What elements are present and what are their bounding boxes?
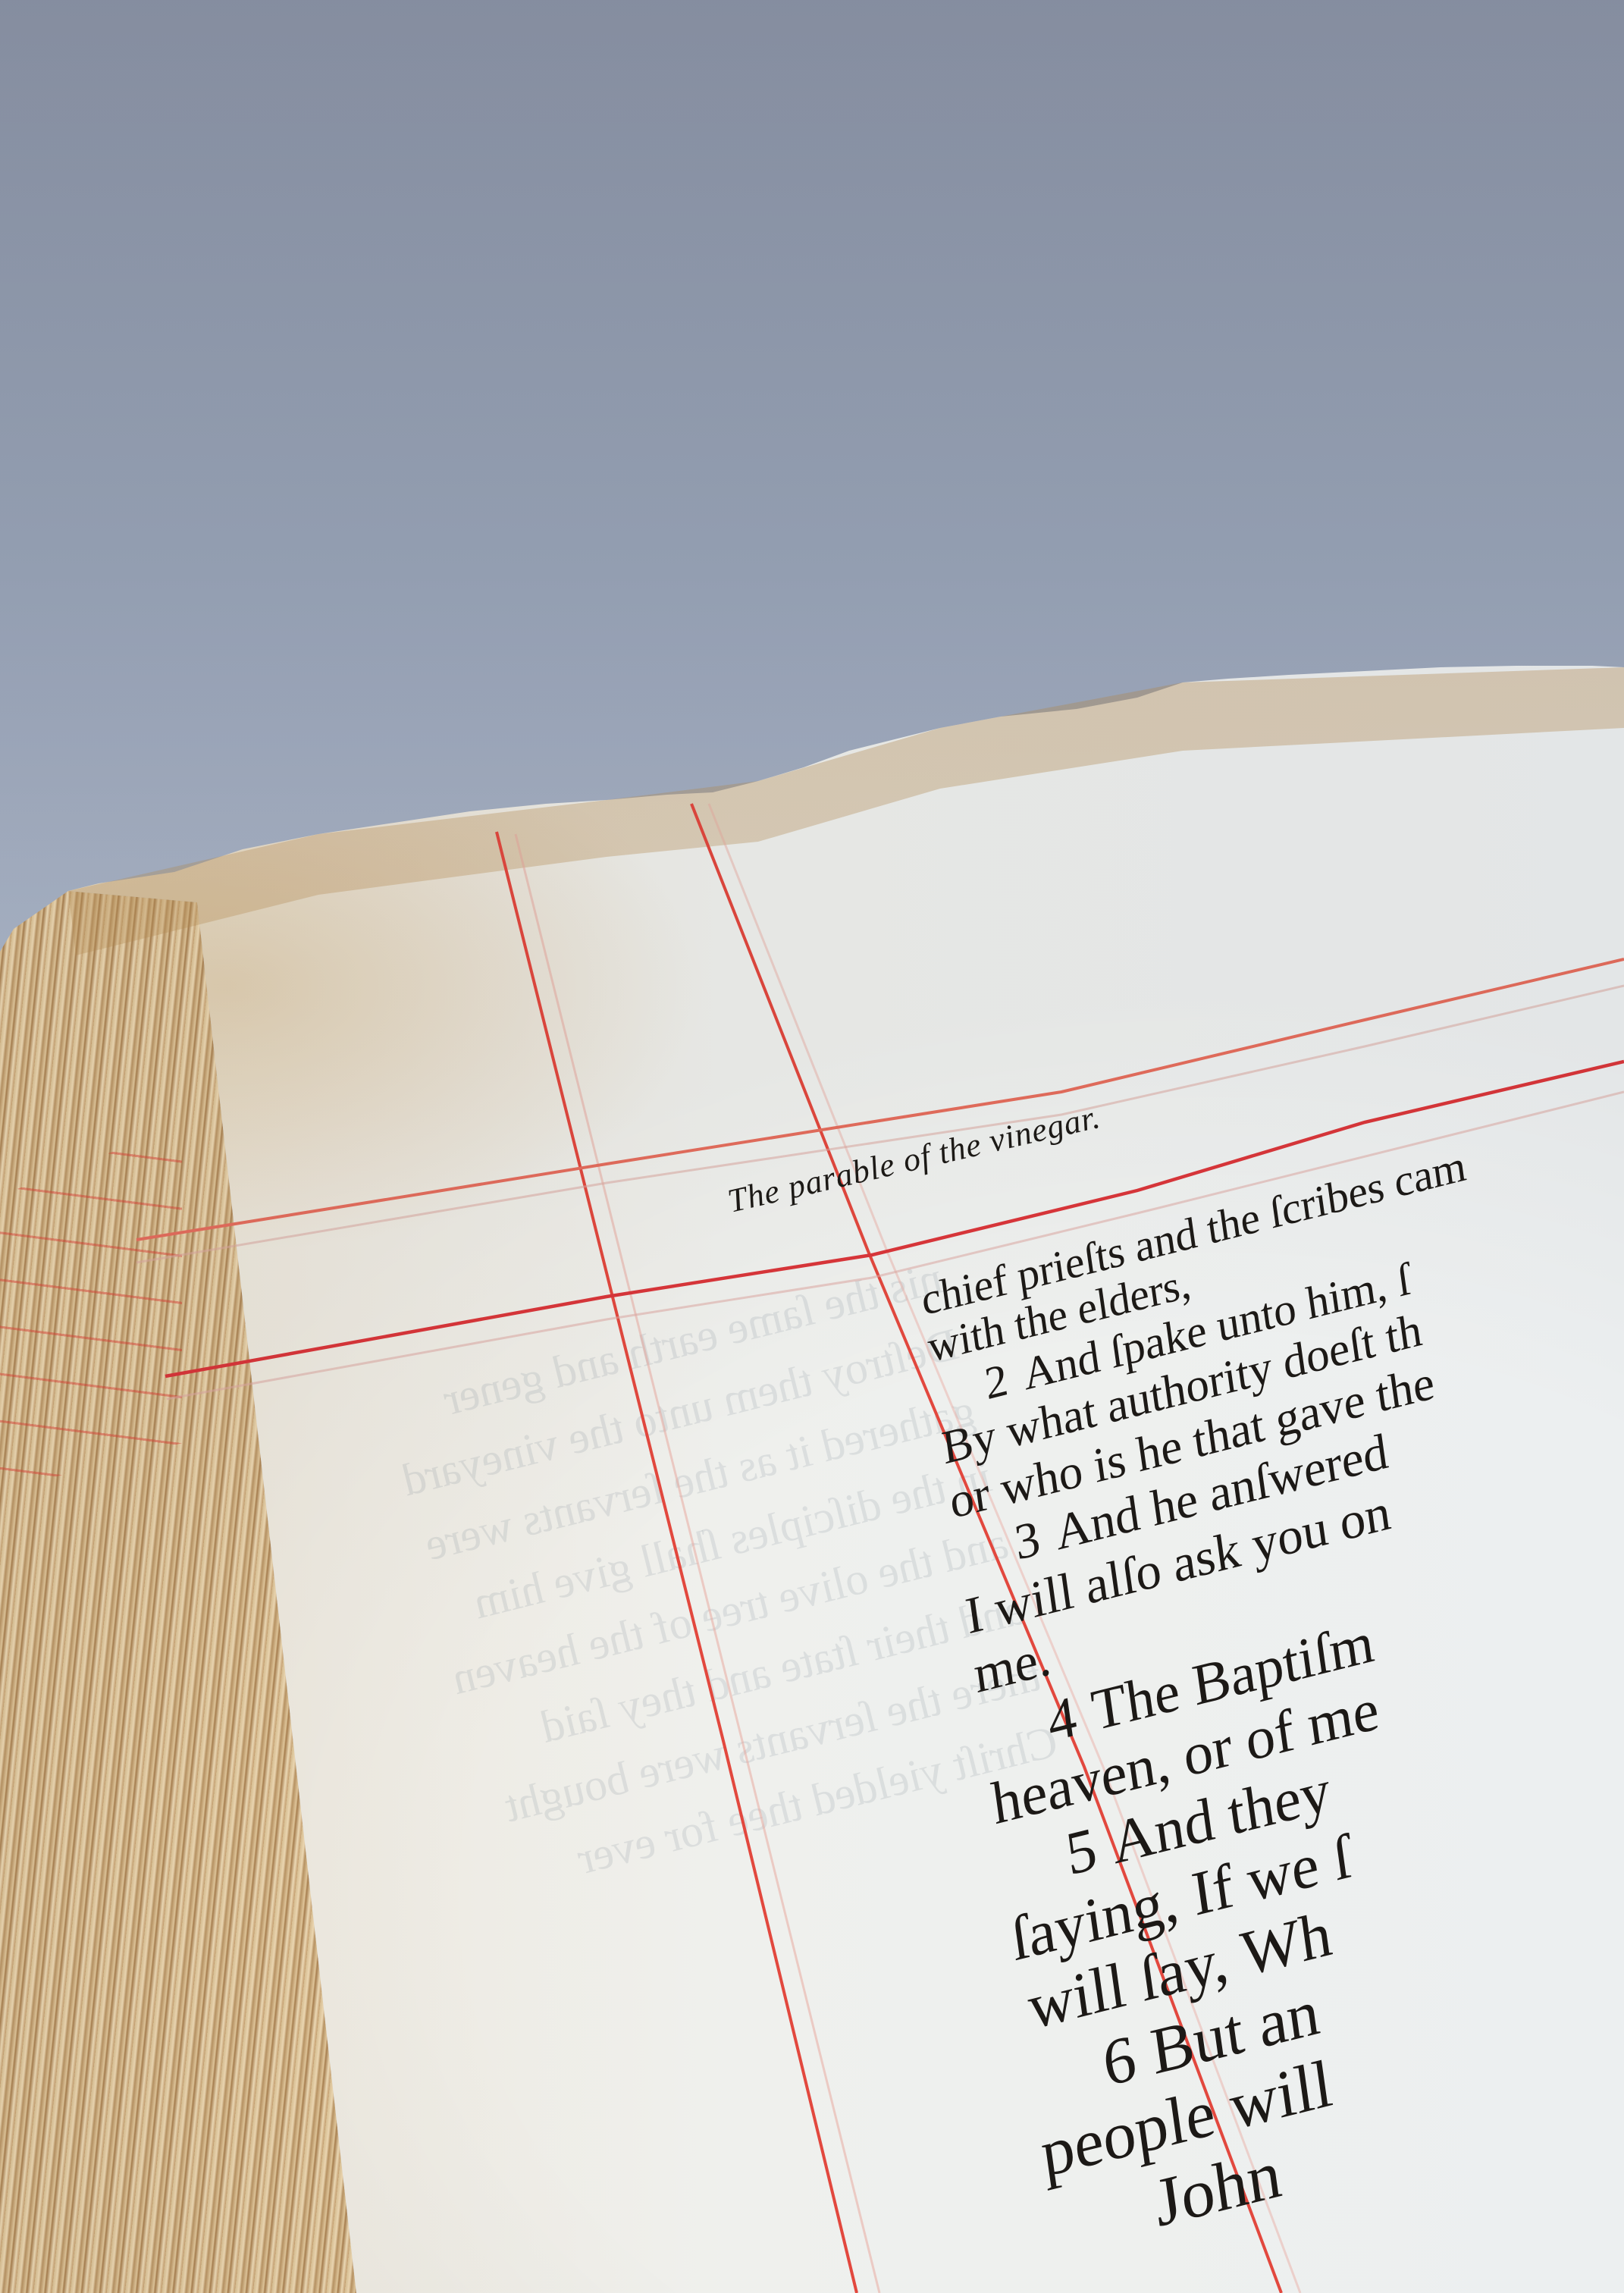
book-photo: nis the ſame earth and gener Deſtroy the… — [0, 0, 1624, 2293]
